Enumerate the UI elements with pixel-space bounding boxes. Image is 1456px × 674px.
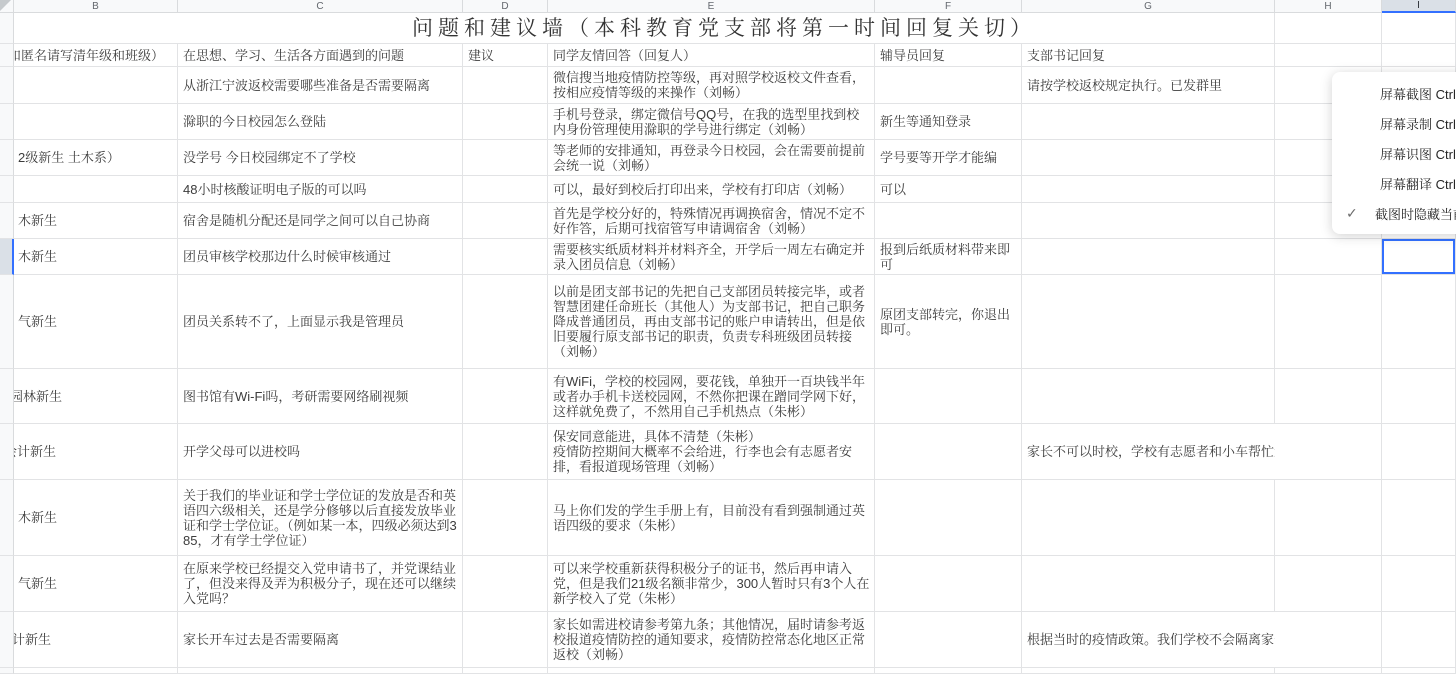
- table-row: 木新生 团员审核学校那边什么时候审核通过 需要核实纸质材料并材料齐全，开学后一周…: [0, 239, 1456, 275]
- cell-suggestion[interactable]: [463, 67, 548, 104]
- cell[interactable]: [1275, 424, 1382, 480]
- cell-peer-answer[interactable]: 可以，最好到校后打印出来，学校有打印店（刘畅）: [548, 176, 875, 203]
- cell-secretary-reply[interactable]: 请按学校返校规定执行。已发群里: [1022, 67, 1275, 104]
- row-header[interactable]: [0, 203, 14, 239]
- cell[interactable]: [1382, 275, 1456, 369]
- cell-counselor-reply[interactable]: [875, 612, 1022, 668]
- cell[interactable]: [463, 668, 548, 674]
- cell-grade[interactable]: 2级新生 土木系）: [14, 140, 178, 176]
- cell-secretary-reply[interactable]: [1022, 140, 1275, 176]
- cell-counselor-reply[interactable]: 学号要等开学才能编: [875, 140, 1022, 176]
- table-row: 从浙江宁波返校需要哪些准备是否需要隔离 微信搜当地疫情防控等级，再对照学校返校文…: [0, 67, 1456, 104]
- cell-counselor-reply[interactable]: [875, 556, 1022, 612]
- row-header[interactable]: [0, 44, 14, 67]
- menu-item-screen-ocr[interactable]: 屏幕识图 Ctrl +: [1332, 138, 1456, 168]
- cell[interactable]: [1382, 480, 1456, 556]
- cell-peer-answer[interactable]: 以前是团支部书记的先把自己支部团员转接完毕，或者智慧团建任命班长（其他人）为支部…: [548, 275, 875, 369]
- table-row: [0, 668, 1456, 674]
- cell-question[interactable]: 滁职的今日校园怎么登陆: [178, 104, 463, 140]
- menu-item-screen-translate[interactable]: 屏幕翻译 Ctrl +: [1332, 168, 1456, 198]
- cell[interactable]: [1275, 480, 1382, 556]
- cell-peer-answer[interactable]: 可以来学校重新获得积极分子的证书，然后再申请入党，但是我们21级名额非常少，30…: [548, 556, 875, 612]
- cell-counselor-reply[interactable]: [875, 424, 1022, 480]
- cell-grade[interactable]: 气新生: [14, 275, 178, 369]
- row-header[interactable]: [0, 556, 14, 612]
- table-row: 48小时核酸证明电子版的可以吗 可以，最好到校后打印出来，学校有打印店（刘畅） …: [0, 176, 1456, 203]
- cell[interactable]: [1022, 668, 1275, 674]
- cell[interactable]: [1382, 556, 1456, 612]
- cell[interactable]: [875, 668, 1022, 674]
- cell-peer-answer[interactable]: 家长如需进校请参考第九条；其他情况，届时请参考返校报道疫情防控的通知要求，疫情防…: [548, 612, 875, 668]
- column-letter-strip: B C D E F G H I: [0, 0, 1456, 13]
- cell-grade[interactable]: 园林新生: [14, 369, 178, 424]
- select-all-corner[interactable]: [0, 0, 14, 13]
- cell[interactable]: [1275, 275, 1382, 369]
- cell-secretary-reply[interactable]: [1022, 176, 1275, 203]
- cell-peer-answer[interactable]: 马上你们发的学生手册上有，目前没有看到强制通过英语四级的要求（朱彬）: [548, 480, 875, 556]
- cell-counselor-reply[interactable]: [875, 203, 1022, 239]
- col-header-c[interactable]: C: [178, 0, 463, 13]
- row-header-selected[interactable]: [0, 239, 14, 275]
- cell-grade[interactable]: 会计新生: [14, 424, 178, 480]
- cell-question[interactable]: 没学号 今日校园绑定不了学校: [178, 140, 463, 176]
- cell[interactable]: [1382, 612, 1456, 668]
- table-row: 滁职的今日校园怎么登陆 手机号登录，绑定微信号QQ号，在我的选型里找到校内身份管…: [0, 104, 1456, 140]
- cell-counselor-reply[interactable]: [875, 369, 1022, 424]
- cell-counselor-reply[interactable]: 新生等通知登录: [875, 104, 1022, 140]
- spreadsheet: B C D E F G H I 问题和建议墙（本科教育党支部将第一时间回复关切）…: [0, 0, 1456, 674]
- cell[interactable]: [1275, 239, 1382, 275]
- cell-question[interactable]: 从浙江宁波返校需要哪些准备是否需要隔离: [178, 67, 463, 104]
- cell-secretary-reply[interactable]: [1022, 275, 1275, 369]
- cell-counselor-reply[interactable]: 可以: [875, 176, 1022, 203]
- cell[interactable]: [1382, 424, 1456, 480]
- row-header[interactable]: [0, 480, 14, 556]
- row-header[interactable]: [0, 668, 14, 674]
- cell-grade[interactable]: 木新生: [14, 480, 178, 556]
- cell-counselor-reply[interactable]: 原团支部转完，你退出即可。: [875, 275, 1022, 369]
- row-header[interactable]: [0, 13, 14, 44]
- row-header[interactable]: [0, 176, 14, 203]
- row-header[interactable]: [0, 612, 14, 668]
- cell-grade[interactable]: 会计新生: [14, 612, 178, 668]
- cell-secretary-reply[interactable]: 家长不可以时校，学校有志愿者和小车帮忙运送行李: [1022, 424, 1275, 480]
- table-row: 气新生 在原来学校已经提交入党申请书了，并党课结业了，但没来得及弄为积极分子，现…: [0, 556, 1456, 612]
- table-row: 木新生 关于我们的毕业证和学士学位证的发放是否和英语四六级相关，还是学分修够以后…: [0, 480, 1456, 556]
- row-header[interactable]: [0, 104, 14, 140]
- cell[interactable]: [1275, 13, 1382, 44]
- cell-peer-answer[interactable]: 等老师的安排通知，再登录今日校园，会在需要前提前会统一说（刘畅）: [548, 140, 875, 176]
- col-header-e[interactable]: E: [548, 0, 875, 13]
- cell[interactable]: [178, 668, 463, 674]
- check-icon: ✓: [1346, 205, 1358, 222]
- cell-counselor-reply[interactable]: [875, 480, 1022, 556]
- menu-item-hide-current-when-capturing[interactable]: ✓ 截图时隐藏当前: [1332, 198, 1456, 228]
- table-row: 2级新生 土木系） 没学号 今日校园绑定不了学校 等老师的安排通知，再登录今日校…: [0, 140, 1456, 176]
- cell[interactable]: [548, 668, 875, 674]
- cell-question[interactable]: 在原来学校已经提交入党申请书了，并党课结业了，但没来得及弄为积极分子，现在还可以…: [178, 556, 463, 612]
- cell[interactable]: [1275, 556, 1382, 612]
- selected-cell[interactable]: [1382, 239, 1456, 275]
- header-counselor-reply[interactable]: 辅导员回复: [875, 44, 1022, 67]
- table-row: 气新生 团员关系转不了，上面显示我是管理员 以前是团支部书记的先把自己支部团员转…: [0, 275, 1456, 369]
- header-suggestion[interactable]: 建议: [463, 44, 548, 67]
- cell-grade[interactable]: 气新生: [14, 556, 178, 612]
- cell-secretary-reply[interactable]: [1022, 369, 1275, 424]
- cell-suggestion[interactable]: [463, 612, 548, 668]
- cell-grade[interactable]: [14, 104, 178, 140]
- cell-suggestion[interactable]: [463, 239, 548, 275]
- cell-suggestion[interactable]: [463, 140, 548, 176]
- cell[interactable]: [14, 668, 178, 674]
- cell[interactable]: [1382, 44, 1456, 67]
- table-row: 木新生 宿舍是随机分配还是同学之间可以自己协商 首先是学校分好的，特殊情况再调换…: [0, 203, 1456, 239]
- cell-secretary-reply[interactable]: [1022, 556, 1275, 612]
- cell-question[interactable]: 图书馆有Wi-Fi吗，考研需要网络刷视频: [178, 369, 463, 424]
- cell-question[interactable]: 开学父母可以进校吗: [178, 424, 463, 480]
- cell-secretary-reply[interactable]: [1022, 104, 1275, 140]
- header-question[interactable]: 在思想、学习、生活各方面遇到的问题: [178, 44, 463, 67]
- cell[interactable]: [1275, 668, 1382, 674]
- cell-suggestion[interactable]: [463, 203, 548, 239]
- cell[interactable]: [1382, 668, 1456, 674]
- corner-triangle-icon: [0, 0, 11, 11]
- cell-grade[interactable]: 木新生: [14, 239, 178, 275]
- cell-peer-answer[interactable]: 手机号登录，绑定微信号QQ号，在我的选型里找到校内身份管理使用滁职的学号进行绑定…: [548, 104, 875, 140]
- cell-question[interactable]: 宿舍是随机分配还是同学之间可以自己协商: [178, 203, 463, 239]
- cell-grade[interactable]: 木新生: [14, 203, 178, 239]
- cell-suggestion[interactable]: [463, 556, 548, 612]
- menu-item-label: 截图时隐藏当前: [1375, 204, 1456, 223]
- header-grade-class[interactable]: 如匿名请写清年级和班级）: [14, 44, 178, 67]
- table-row: 会计新生 开学父母可以进校吗 保安同意能进，具体不清楚（朱彬） 疫情防控期间大概…: [0, 424, 1456, 480]
- title-row: 问题和建议墙（本科教育党支部将第一时间回复关切）: [0, 13, 1456, 44]
- cell-grade[interactable]: [14, 176, 178, 203]
- col-header-g[interactable]: G: [1022, 0, 1275, 13]
- row-header[interactable]: [0, 424, 14, 480]
- row-header[interactable]: [0, 140, 14, 176]
- table-row: 园林新生 图书馆有Wi-Fi吗，考研需要网络刷视频 有WiFi，学校的校园网，要…: [0, 369, 1456, 424]
- menu-item-screen-record[interactable]: 屏幕录制 Ctrl +: [1332, 108, 1456, 138]
- cell-peer-answer[interactable]: 需要核实纸质材料并材料齐全，开学后一周左右确定并录入团员信息（刘畅）: [548, 239, 875, 275]
- cell-suggestion[interactable]: [463, 480, 548, 556]
- col-header-d[interactable]: D: [463, 0, 548, 13]
- header-secretary-reply[interactable]: 支部书记回复: [1022, 44, 1275, 67]
- cell-question[interactable]: 家长开车过去是否需要隔离: [178, 612, 463, 668]
- cell-counselor-reply[interactable]: [875, 67, 1022, 104]
- cell[interactable]: [1275, 44, 1382, 67]
- row-header[interactable]: [0, 275, 14, 369]
- cell[interactable]: [1382, 369, 1456, 424]
- sheet-title[interactable]: 问题和建议墙（本科教育党支部将第一时间回复关切）: [14, 13, 1275, 44]
- cell-peer-answer[interactable]: 首先是学校分好的，特殊情况再调换宿舍，情况不定不好作答，后期可找宿管写申请调宿舍…: [548, 203, 875, 239]
- header-row: 如匿名请写清年级和班级） 在思想、学习、生活各方面遇到的问题 建议 同学友情回答…: [0, 44, 1456, 67]
- cell-suggestion[interactable]: [463, 104, 548, 140]
- col-header-f[interactable]: F: [875, 0, 1022, 13]
- cell-suggestion[interactable]: [463, 275, 548, 369]
- cell-secretary-reply[interactable]: [1022, 480, 1275, 556]
- cell-question[interactable]: 关于我们的毕业证和学士学位证的发放是否和英语四六级相关，还是学分修够以后直接发放…: [178, 480, 463, 556]
- cell-suggestion[interactable]: [463, 369, 548, 424]
- row-header[interactable]: [0, 369, 14, 424]
- cell[interactable]: [1275, 612, 1382, 668]
- cell-peer-answer[interactable]: 保安同意能进，具体不清楚（朱彬） 疫情防控期间大概率不会给进，行李也会有志愿者安…: [548, 424, 875, 480]
- table-row: 会计新生 家长开车过去是否需要隔离 家长如需进校请参考第九条；其他情况，届时请参…: [0, 612, 1456, 668]
- cell-secretary-reply[interactable]: 根据当时的疫情政策。我们学校不会隔离家长: [1022, 612, 1275, 668]
- col-header-h[interactable]: H: [1275, 0, 1382, 13]
- cell-question[interactable]: 团员关系转不了，上面显示我是管理员: [178, 275, 463, 369]
- cell-counselor-reply[interactable]: 报到后纸质材料带来即可: [875, 239, 1022, 275]
- col-header-b[interactable]: B: [14, 0, 178, 13]
- row-header[interactable]: [0, 67, 14, 104]
- cell-secretary-reply[interactable]: [1022, 203, 1275, 239]
- cell[interactable]: [1275, 369, 1382, 424]
- cell-grade[interactable]: [14, 67, 178, 104]
- screenshot-tools-menu: 屏幕截图 Ctrl + 屏幕录制 Ctrl + 屏幕识图 Ctrl + 屏幕翻译…: [1332, 72, 1456, 234]
- cell-peer-answer[interactable]: 有WiFi，学校的校园网，要花钱，单独开一百块钱半年或者办手机卡送校园网，不然你…: [548, 369, 875, 424]
- cell-question[interactable]: 团员审核学校那边什么时候审核通过: [178, 239, 463, 275]
- cell[interactable]: [1382, 13, 1456, 44]
- menu-item-screen-capture[interactable]: 屏幕截图 Ctrl +: [1332, 78, 1456, 108]
- col-header-i-selected[interactable]: I: [1382, 0, 1456, 13]
- cell-secretary-reply[interactable]: [1022, 239, 1275, 275]
- cell-peer-answer[interactable]: 微信搜当地疫情防控等级，再对照学校返校文件查看，按相应疫情等级的来操作（刘畅）: [548, 67, 875, 104]
- cell-suggestion[interactable]: [463, 176, 548, 203]
- cell-suggestion[interactable]: [463, 424, 548, 480]
- header-peer-answer[interactable]: 同学友情回答（回复人）: [548, 44, 875, 67]
- cell-question[interactable]: 48小时核酸证明电子版的可以吗: [178, 176, 463, 203]
